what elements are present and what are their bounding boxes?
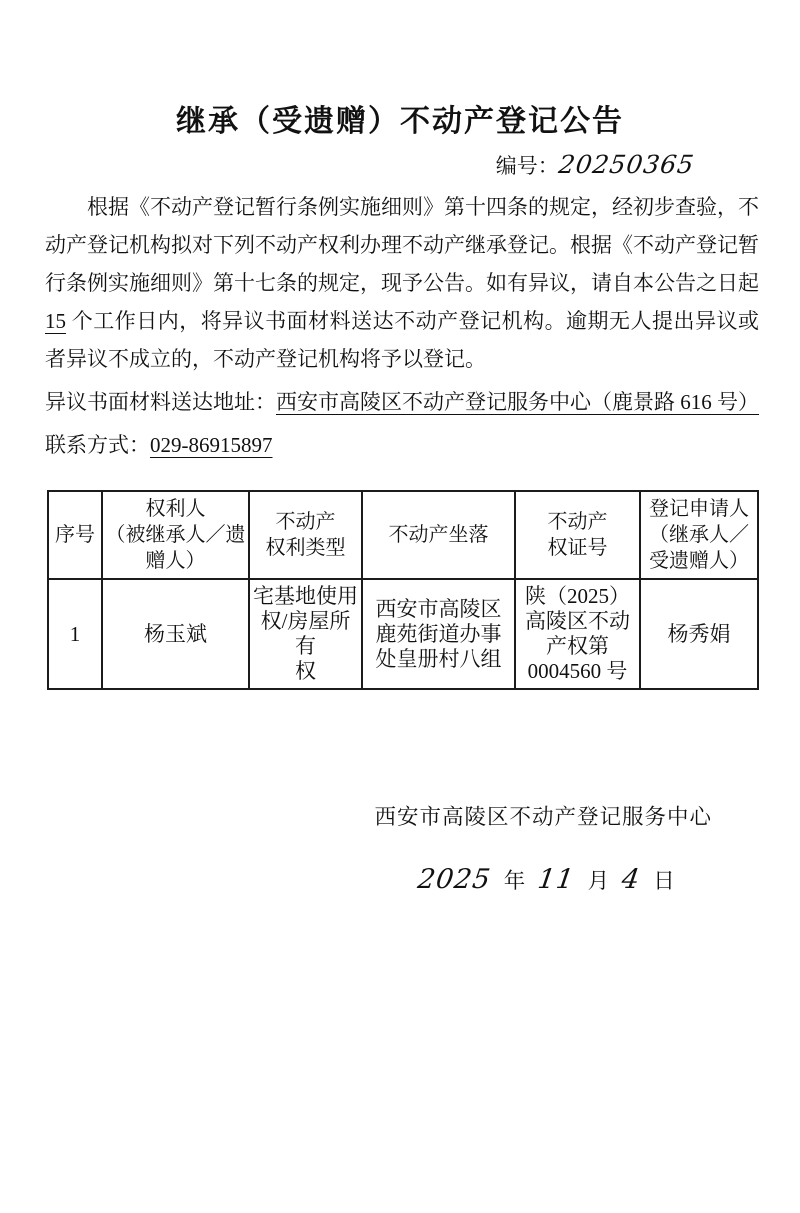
- table-header-row: 序号 权利人 （被继承人／遗 赠人） 不动产 权利类型 不动产坐落 不动产 权证…: [48, 491, 758, 579]
- signature-organization: 西安市高陵区不动产登记服务中心: [0, 800, 712, 831]
- date-day-unit: 日: [653, 864, 675, 895]
- paragraph-text-before-days: 根据《不动产登记暂行条例实施细则》第十四条的规定，经初步查验，不动产登记机构拟对…: [45, 195, 759, 295]
- date-year-handwritten: 2025: [416, 864, 493, 895]
- contact-phone-underlined: 029-86915897: [150, 433, 273, 457]
- ref-number-line: 编号：20250365: [496, 150, 694, 180]
- cell-right-type: 宅基地使用 权/房屋所有 权: [249, 579, 362, 689]
- date-day-handwritten: 4: [620, 864, 643, 895]
- date-year-unit: 年: [504, 864, 526, 895]
- notice-paragraph: 根据《不动产登记暂行条例实施细则》第十四条的规定，经初步查验，不动产登记机构拟对…: [45, 188, 759, 378]
- address-line: 异议书面材料送达地址：西安市高陵区不动产登记服务中心（鹿景路 616 号）: [45, 383, 759, 421]
- document-page: 继承（受遗赠）不动产登记公告 编号：20250365 根据《不动产登记暂行条例实…: [0, 0, 800, 1213]
- contact-label: 联系方式：: [45, 433, 150, 457]
- objection-days-underlined: 15: [45, 309, 66, 333]
- table-row: 1 杨玉斌 宅基地使用 权/房屋所有 权 西安市高陵区 鹿苑街道办事 处皇册村八…: [48, 579, 758, 689]
- contact-line: 联系方式：029-86915897: [45, 426, 759, 464]
- paragraph-text-after-days: 个工作日内，将异议书面材料送达不动产登记机构。逾期无人提出异议或者异议不成立的，…: [45, 309, 759, 371]
- notice-body: 根据《不动产登记暂行条例实施细则》第十四条的规定，经初步查验，不动产登记机构拟对…: [45, 188, 759, 464]
- header-property-location: 不动产坐落: [362, 491, 515, 579]
- cell-applicant: 杨秀娟: [640, 579, 758, 689]
- cell-certificate-no: 陕（2025） 高陵区不动 产权第 0004560 号: [515, 579, 640, 689]
- date-line: 2025 年 11 月 4 日: [418, 864, 675, 895]
- ref-label: 编号：: [496, 154, 559, 178]
- header-seq-no: 序号: [48, 491, 102, 579]
- cell-property-location: 西安市高陵区 鹿苑街道办事 处皇册村八组: [362, 579, 515, 689]
- address-label: 异议书面材料送达地址：: [45, 390, 276, 414]
- header-applicant: 登记申请人 （继承人／ 受遗赠人）: [640, 491, 758, 579]
- announcement-table: 序号 权利人 （被继承人／遗 赠人） 不动产 权利类型 不动产坐落 不动产 权证…: [47, 490, 759, 690]
- cell-right-holder: 杨玉斌: [102, 579, 249, 689]
- date-month-handwritten: 11: [536, 864, 577, 895]
- header-certificate-no: 不动产 权证号: [515, 491, 640, 579]
- address-value-underlined: 西安市高陵区不动产登记服务中心（鹿景路 616 号）: [276, 390, 759, 414]
- header-right-type: 不动产 权利类型: [249, 491, 362, 579]
- page-title: 继承（受遗赠）不动产登记公告: [0, 96, 800, 140]
- date-month-unit: 月: [588, 864, 610, 895]
- cell-seq-no: 1: [48, 579, 102, 689]
- header-right-holder: 权利人 （被继承人／遗 赠人）: [102, 491, 249, 579]
- ref-number-handwritten: 20250365: [557, 150, 696, 179]
